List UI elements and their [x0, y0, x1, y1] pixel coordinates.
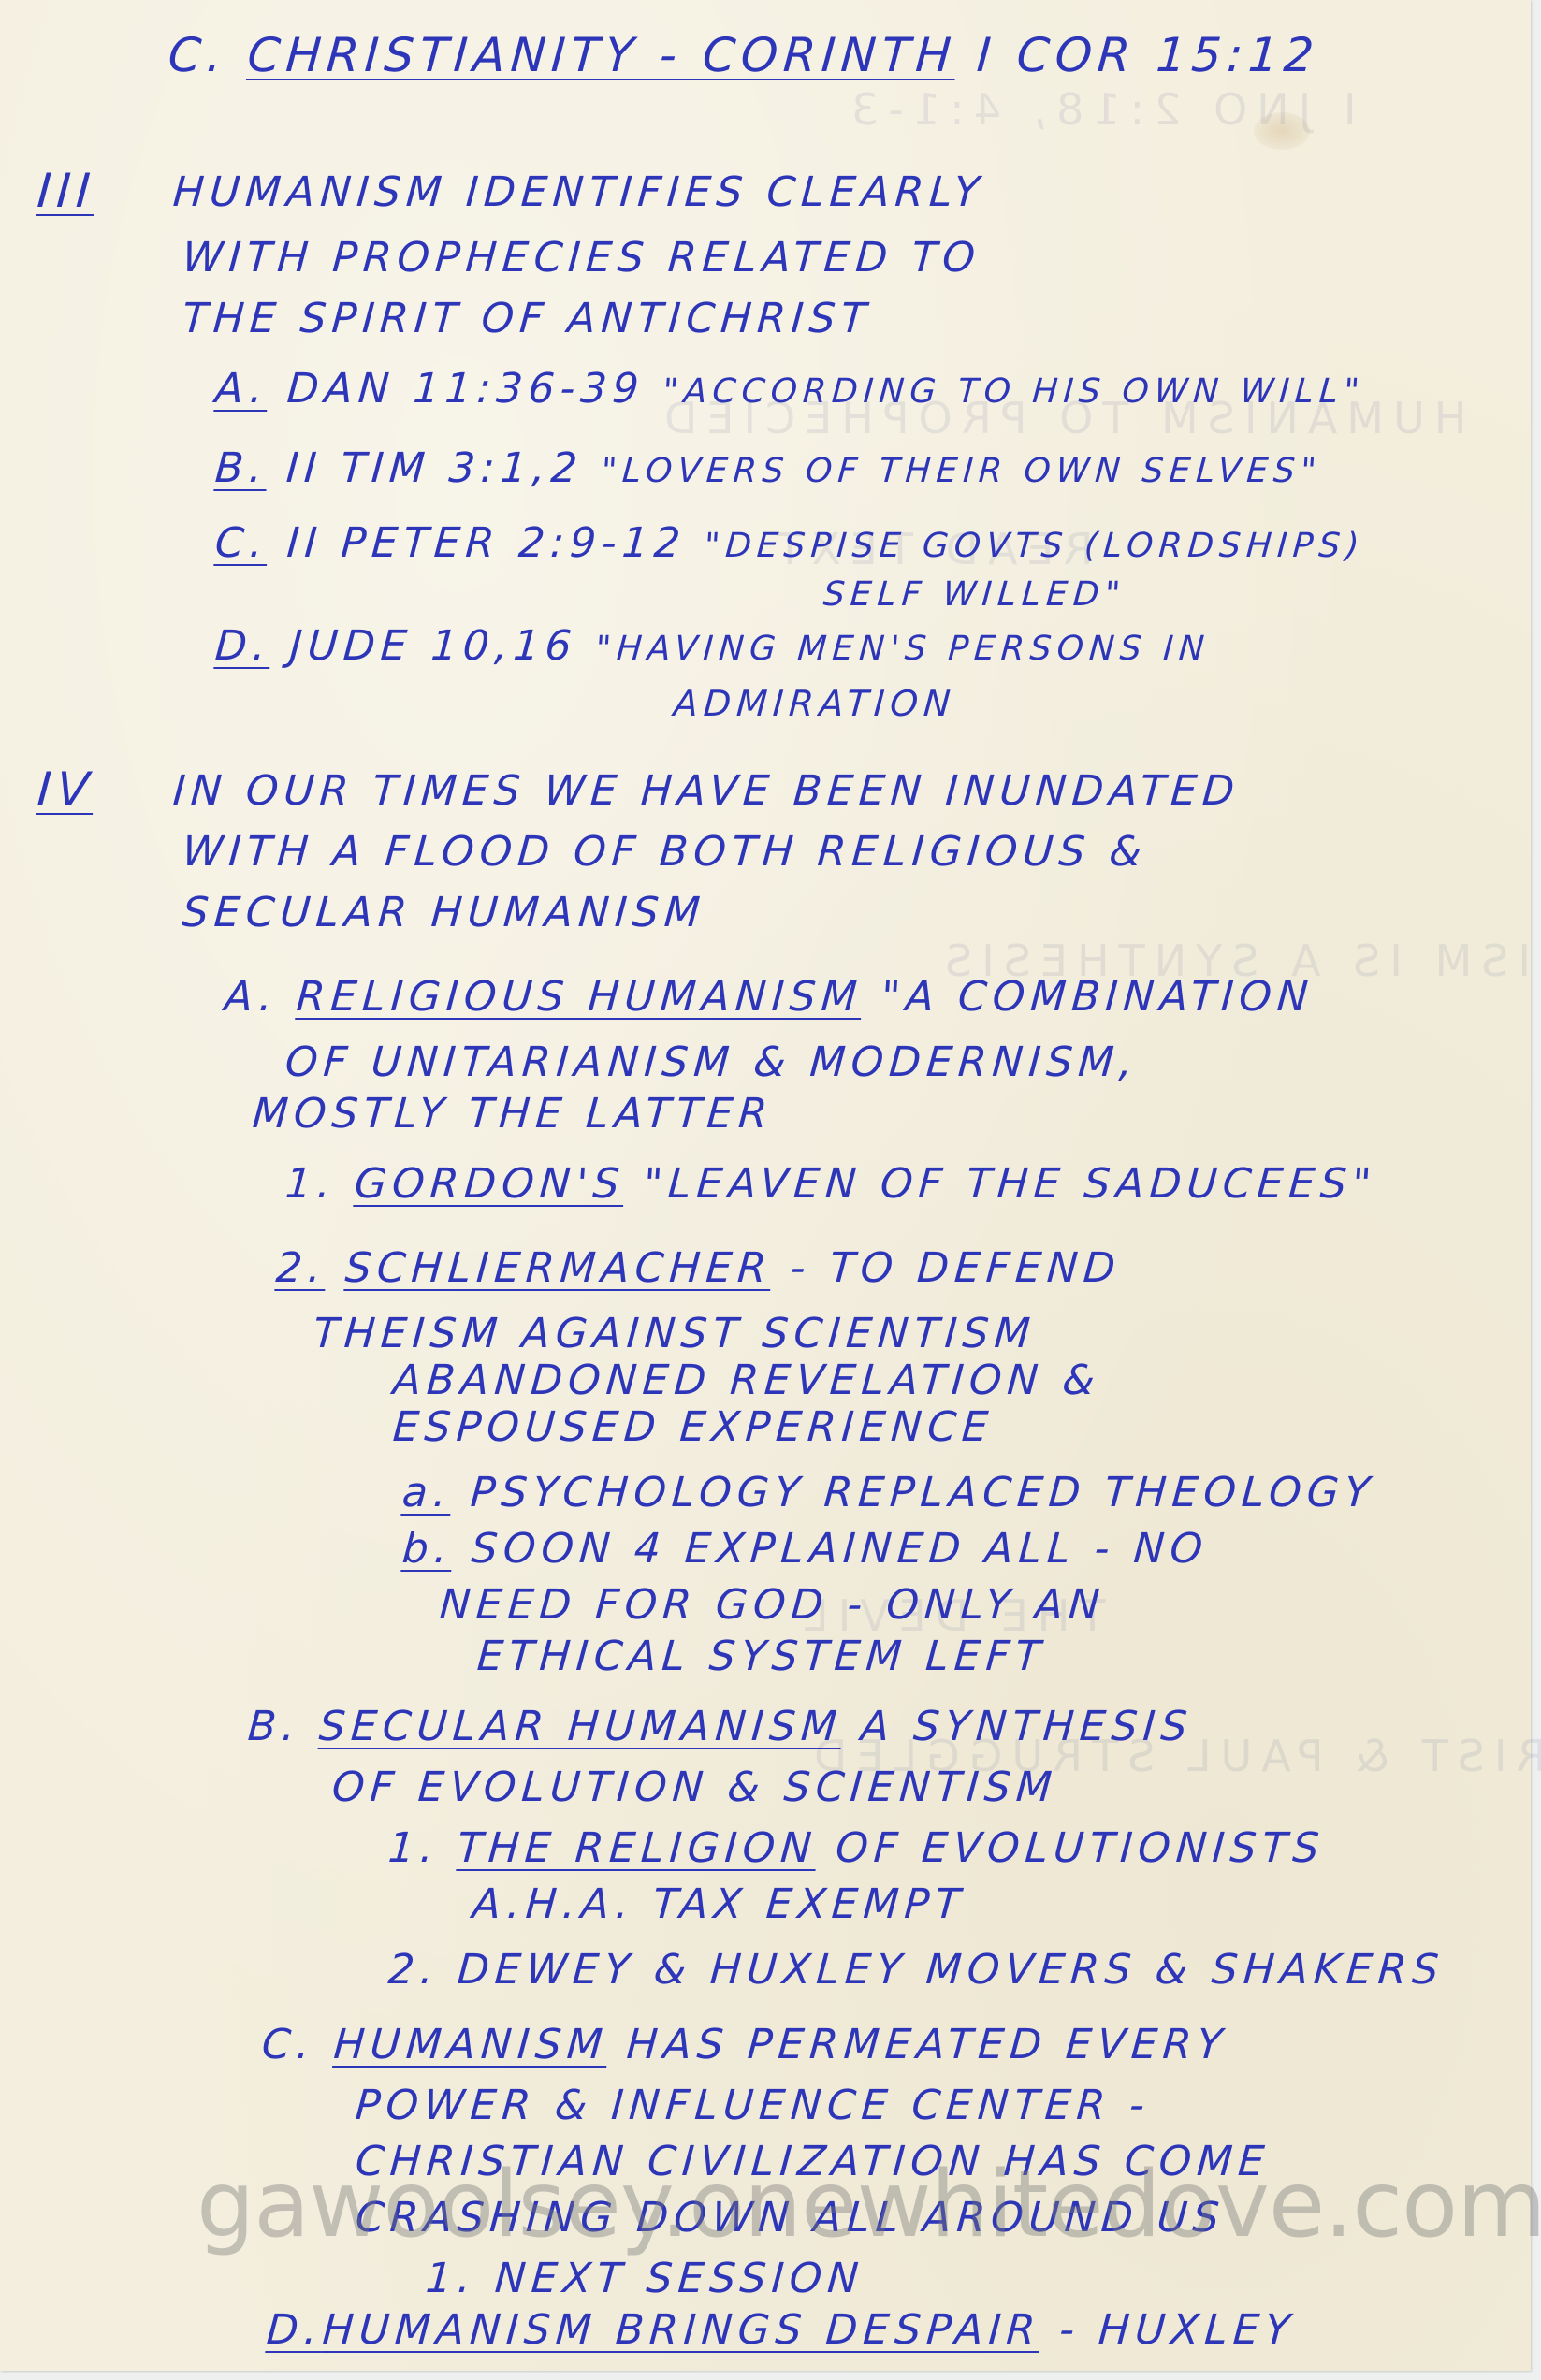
subsection-heading: C. HUMANISM HAS PERMEATED EVERY [260, 2021, 1229, 2068]
list-item: A. DAN 11:36-39 "ACCORDING TO HIS OWN WI… [213, 365, 1366, 413]
point-line: ESPOUSED EXPERIENCE [391, 1403, 995, 1451]
watermark: gawoolsey.onewhitedove.com [196, 2152, 1541, 2258]
subsection-line: OF UNITARIANISM & MODERNISM, [283, 1038, 1140, 1086]
page-header: C. CHRISTIANITY - CORINTH I COR 15:12 [167, 28, 1321, 82]
subpoint-item: b. SOON 4 EXPLAINED ALL - NO [400, 1525, 1210, 1573]
subsection-line: POWER & INFLUENCE CENTER - [354, 2082, 1152, 2129]
point-line: THEISM AGAINST SCIENTISM [312, 1310, 1037, 1357]
point-item: 1. NEXT SESSION [424, 2255, 865, 2302]
point-item: 1. GORDON'S "LEAVEN OF THE SADUCEES" [283, 1160, 1378, 1208]
subsection-heading: D.HUMANISM BRINGS DESPAIR - HUXLEY [265, 2306, 1297, 2354]
list-item-continuation: SELF WILLED" [822, 575, 1127, 614]
subpoint-line: NEED FOR GOD - ONLY AN [438, 1581, 1107, 1629]
subsection-heading: B. SECULAR HUMANISM A SYNTHESIS [246, 1703, 1194, 1750]
list-item: C. II PETER 2:9-12 "DESPISE GOVTS (LORDS… [213, 519, 1366, 567]
section-heading-line: WITH PROPHECIES RELATED TO [181, 234, 981, 282]
section-numeral: IV [36, 762, 96, 817]
header-label: C. [167, 28, 229, 82]
point-line: ABANDONED REVELATION & [391, 1357, 1101, 1404]
subsection-line: OF EVOLUTION & SCIENTISM [330, 1763, 1059, 1811]
list-item: D. JUDE 10,16 "HAVING MEN'S PERSONS IN [213, 622, 1212, 670]
section-numeral: III [36, 164, 97, 218]
point-item: 2. SCHLIERMACHER - TO DEFEND [274, 1244, 1122, 1292]
subsection-heading: A. RELIGIOUS HUMANISM "A COMBINATION [223, 973, 1315, 1021]
bleed-through-text: I JNO 2:18, 4:1-3 [842, 84, 1356, 135]
subpoint-item: a. PSYCHOLOGY REPLACED THEOLOGY [400, 1469, 1376, 1517]
header-title: CHRISTIANITY - CORINTH [246, 28, 959, 82]
section-heading-line: WITH A FLOOD OF BOTH RELIGIOUS & [181, 828, 1148, 876]
section-heading-line: THE SPIRIT OF ANTICHRIST [181, 295, 873, 342]
header-reference: I COR 15:12 [975, 28, 1321, 82]
list-item-continuation: ADMIRATION [672, 683, 957, 724]
section-heading-line: SECULAR HUMANISM [181, 889, 707, 936]
subpoint-line: ETHICAL SYSTEM LEFT [475, 1633, 1048, 1680]
section-heading-line: HUMANISM IDENTIFIES CLEARLY [171, 168, 986, 216]
list-item: B. II TIM 3:1,2 "LOVERS OF THEIR OWN SEL… [213, 444, 1323, 492]
point-line: A.H.A. TAX EXEMPT [471, 1880, 967, 1928]
point-item: 2. DEWEY & HUXLEY MOVERS & SHAKERS [386, 1946, 1446, 1994]
section-heading-line: IN OUR TIMES WE HAVE BEEN INUNDATED [171, 767, 1242, 815]
point-item: 1. THE RELIGION OF EVOLUTIONISTS [386, 1824, 1326, 1872]
subsection-line: MOSTLY THE LATTER [251, 1090, 774, 1138]
handwritten-note-page: I JNO 2:18, 4:1-3 HUMANISM TO PROPHECIED… [0, 0, 1531, 2371]
